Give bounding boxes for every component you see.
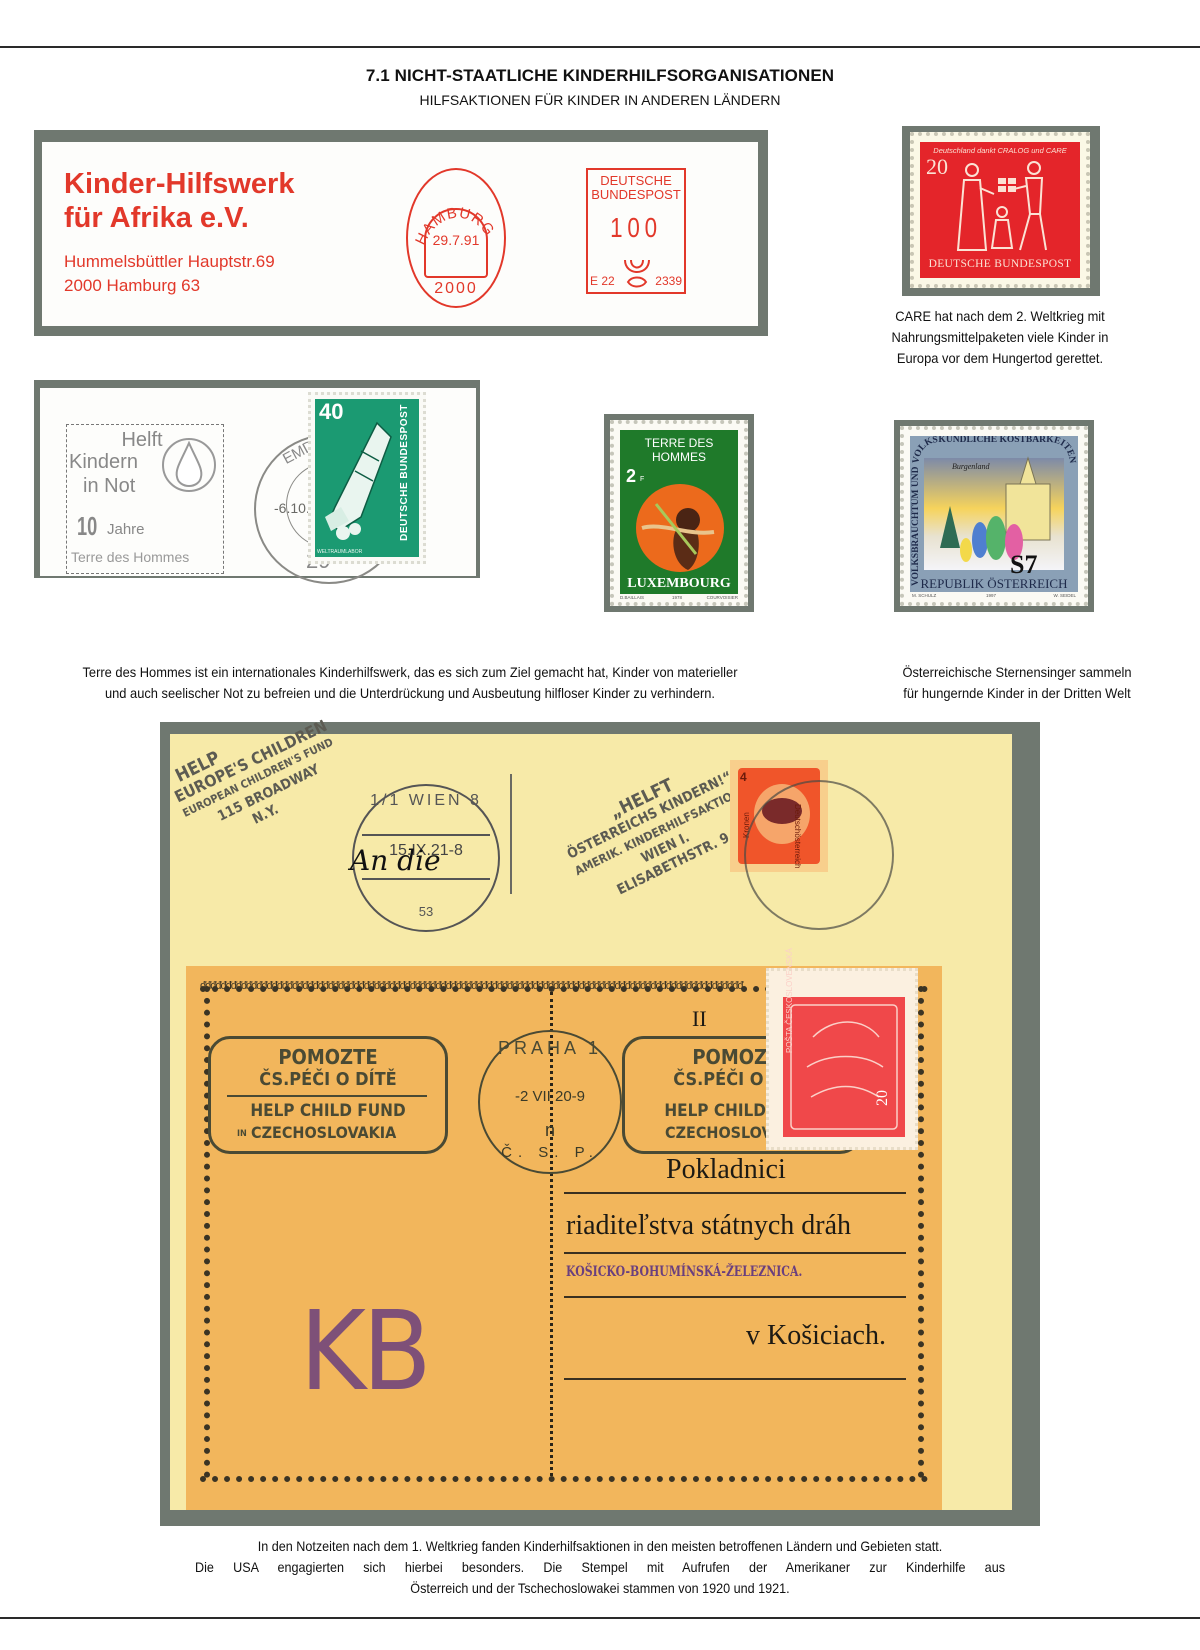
address-line-4: v Košiciach. bbox=[746, 1320, 886, 1352]
lux-imprint-year: 1978 bbox=[672, 595, 682, 600]
postmark-date: 29.7.91 bbox=[408, 232, 504, 248]
prague-card: ᵭᵭᵭᵭᵭᵭᵭᵭᵭᵭᵭᵭᵭᵭᵭᵭᵭᵭᵭᵭᵭᵭᵭᵭᵭᵭᵭᵭᵭᵭᵭᵭᵭᵭᵭᵭᵭᵭᵭᵭ… bbox=[186, 966, 942, 1510]
care-stamp-mount: Deutschland dankt CRALOG und CARE 20 DEU… bbox=[902, 126, 1100, 296]
svg-text:VOLKSBRAUCHTUM UND VOLKSKUNDLI: VOLKSBRAUCHTUM UND VOLKSKUNDLICHE KOSTBA… bbox=[911, 436, 1077, 586]
austria-stamp-mount: VOLKSBRAUCHTUM UND VOLKSKUNDLICHE KOSTBA… bbox=[894, 420, 1094, 612]
lux-currency: F bbox=[640, 476, 644, 483]
page-subtitle: HILFSAKTIONEN FÜR KINDER IN ANDEREN LÄND… bbox=[0, 92, 1200, 108]
praha-postmark: PRAHA 1 -2 VII 20-9 n Č. S. P. bbox=[478, 1030, 622, 1174]
handwritten-an-die: An die bbox=[350, 844, 441, 877]
care-figures-illustration bbox=[950, 160, 1060, 256]
address-line-1: Pokladnici bbox=[666, 1154, 786, 1186]
bottom-rule bbox=[0, 1617, 1200, 1619]
austria-imprint-year: 1997 bbox=[986, 593, 996, 598]
pomozte-slogan-cancel: POMOZTE ČS.PÉČI O DÍTĚ HELP CHILD FUND I… bbox=[208, 1036, 448, 1154]
austria-stamp: VOLKSBRAUCHTUM UND VOLKSKUNDLICHE KOSTBA… bbox=[900, 426, 1088, 606]
space-shuttle-illustration bbox=[321, 421, 397, 545]
hradcany-illustration bbox=[783, 997, 905, 1137]
stamp-value: 4 bbox=[740, 770, 747, 784]
frank-header-1: DEUTSCHE bbox=[588, 174, 684, 188]
meter-strip-mount: Kinder-Hilfswerk für Afrika e.V. Hummels… bbox=[34, 130, 768, 336]
space-lab-stamp: 40 DEUTSCHE BUNDESPOST WELTRAUMLABOR bbox=[308, 392, 426, 564]
wien-postmark-code: 53 bbox=[354, 904, 498, 919]
meter-org-name-2: für Afrika e.V. bbox=[64, 202, 249, 235]
wien-postmark-on-stamp bbox=[744, 780, 894, 930]
austria-caption: Österreichische Sternensinger sammeln fü… bbox=[865, 662, 1169, 704]
meter-address-1: Hummelsbüttler Hauptstr.69 bbox=[64, 250, 275, 274]
tdh-piece-mount: Helft Kindern in Not 10 Jahre Terre des … bbox=[34, 380, 480, 578]
slogan-line-2: ČS.PÉČI O DÍTĚ bbox=[211, 1069, 445, 1090]
frank-value: 100 bbox=[598, 212, 675, 244]
lux-value: 2 bbox=[626, 466, 636, 487]
austria-country: REPUBLIK ÖSTERREICH bbox=[910, 576, 1078, 592]
ornament-border-bottom bbox=[200, 1476, 928, 1482]
praha-postmark-bottom: Č. S. P. bbox=[480, 1144, 620, 1161]
covers-mount: HELP EUROPE'S CHILDREN EUROPEAN CHILDREN… bbox=[160, 722, 1040, 1526]
frank-code-left: E 22 bbox=[590, 274, 615, 288]
austria-imprint-left: M. SCHULZ bbox=[912, 593, 936, 598]
care-stamp: Deutschland dankt CRALOG und CARE 20 DEU… bbox=[910, 132, 1090, 288]
roman-numeral: II bbox=[692, 1006, 707, 1032]
child-with-wheat-illustration bbox=[636, 484, 724, 572]
tdh-cover-piece: Helft Kindern in Not 10 Jahre Terre des … bbox=[40, 388, 476, 576]
meter-address-2: 2000 Hamburg 63 bbox=[64, 274, 200, 298]
care-stamp-country: DEUTSCHE BUNDESPOST bbox=[920, 258, 1080, 270]
top-rule bbox=[0, 46, 1200, 48]
praha-postmark-letter: n bbox=[480, 1120, 620, 1141]
tdh-org-line: Terre des Hommes bbox=[71, 549, 189, 565]
praha-postmark-date: -2 VII 20-9 bbox=[480, 1088, 620, 1105]
ornament-border-right bbox=[918, 986, 924, 1478]
lux-header-1: TERRE DES bbox=[620, 436, 738, 450]
care-stamp-value: 20 bbox=[926, 154, 948, 180]
praha-postmark-city: PRAHA 1 bbox=[480, 1038, 620, 1059]
lux-imprint-left: D.BAILLAIS bbox=[620, 595, 644, 600]
anniversary-word: Jahre bbox=[107, 521, 145, 538]
austria-imprint-right: W. SEIDEL bbox=[1053, 593, 1076, 598]
slogan-line-3: HELP CHILD FUND bbox=[211, 1101, 445, 1121]
hamburg-postmark: HAMBURG 63 29.7.91 2000 bbox=[406, 168, 506, 308]
frank-header-2: BUNDESPOST bbox=[588, 188, 684, 202]
posthorn-icon bbox=[622, 256, 652, 290]
page-title: 7.1 NICHT-STAATLICHE KINDERHILFSORGANISA… bbox=[0, 66, 1200, 86]
lux-orange-disc bbox=[636, 484, 724, 572]
hradcany-stamp: POŠTA ČESKOSLOVENSKÁ 20 bbox=[766, 968, 918, 1150]
luxembourg-stamp: TERRE DES HOMMES 2 F LUXEMBOURG D.BAILLA… bbox=[610, 420, 748, 606]
address-line-3: KOŠICKO-BOHUMÍNSKÁ-ŽELEZNICA. bbox=[566, 1264, 802, 1280]
austria-arc-text: VOLKSBRAUCHTUM UND VOLKSKUNDLICHE KOSTBA… bbox=[910, 436, 1078, 592]
stamp-subject: WELTRAUMLABOR bbox=[317, 549, 362, 555]
lux-header-2: HOMMES bbox=[620, 450, 738, 464]
frank-code-right: 2339 bbox=[655, 274, 682, 288]
care-caption: CARE hat nach dem 2. Weltkrieg mit Nahru… bbox=[844, 306, 1157, 369]
luxembourg-stamp-mount: TERRE DES HOMMES 2 F LUXEMBOURG D.BAILLA… bbox=[604, 414, 754, 612]
slogan-line-4: CZECHOSLOVAKIA bbox=[251, 1123, 396, 1142]
slogan-line-1: POMOZTE bbox=[211, 1045, 445, 1069]
franking-box: DEUTSCHE BUNDESPOST 100 E 22 2339 bbox=[586, 168, 686, 294]
slogan-line-4-prefix: IN bbox=[237, 1129, 247, 1139]
stamp-country: DEUTSCHE BUNDESPOST bbox=[399, 404, 410, 541]
lux-imprint-right: COURVOISIER bbox=[707, 595, 738, 600]
tdh-slogan-cancel: Helft Kindern in Not 10 Jahre Terre des … bbox=[66, 424, 224, 574]
stamp-country: POŠTA ČESKOSLOVENSKÁ bbox=[785, 948, 794, 1053]
lux-country: LUXEMBOURG bbox=[620, 576, 738, 592]
meter-org-name-1: Kinder-Hilfswerk bbox=[64, 168, 294, 201]
drop-globe-icon bbox=[159, 433, 219, 497]
meter-strip: Kinder-Hilfswerk für Afrika e.V. Hummels… bbox=[42, 142, 758, 326]
slogan-line-2: Kindern bbox=[69, 451, 138, 473]
austria-region: Burgenland bbox=[952, 462, 989, 471]
wien-postmark-city: 1/1 WIEN 8 bbox=[354, 792, 498, 810]
stamp-value: 20 bbox=[874, 1090, 892, 1106]
bottom-caption: In den Notzeiten nach dem 1. Weltkrieg f… bbox=[150, 1536, 1050, 1599]
slogan-line-3: in Not bbox=[83, 475, 135, 497]
postmark-zip: 2000 bbox=[408, 280, 504, 298]
anniversary-number: 10 bbox=[77, 511, 97, 542]
kb-handstamp: KB bbox=[300, 1296, 428, 1406]
address-line-2: riaditeľstva státnych dráh bbox=[566, 1210, 851, 1242]
